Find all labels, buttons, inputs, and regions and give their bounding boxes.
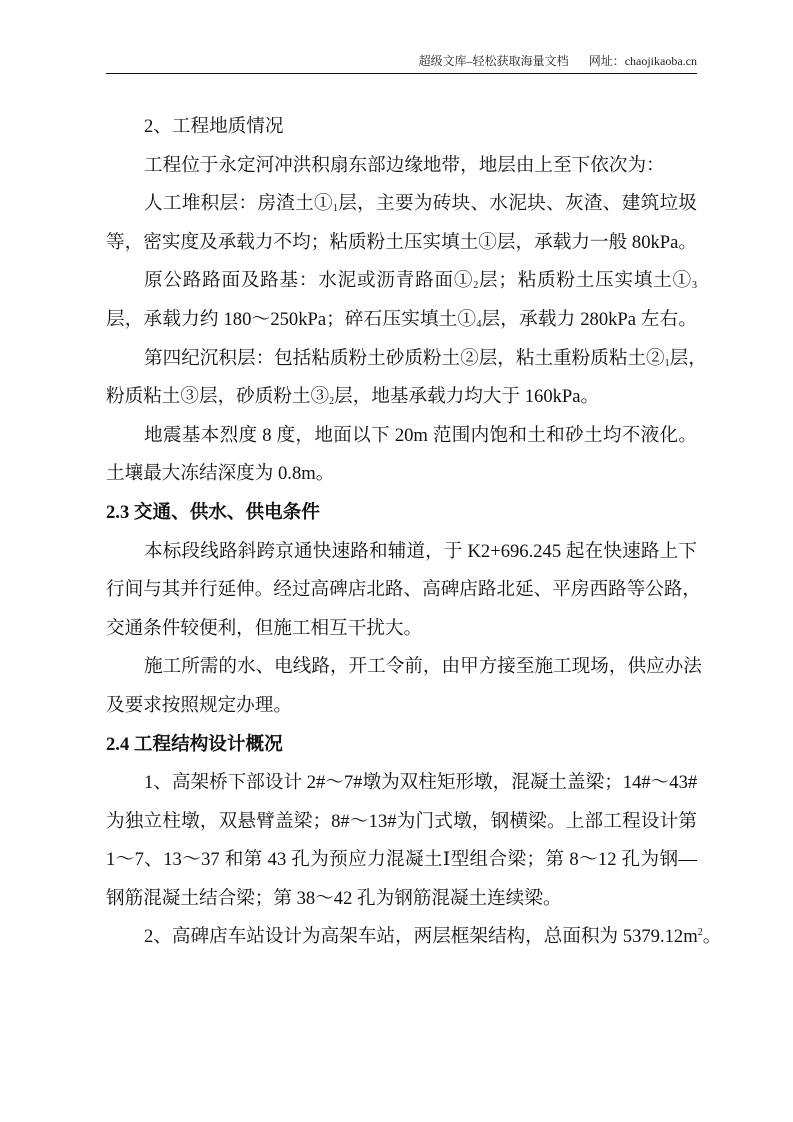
text-run: 及要求按照规定办理。 xyxy=(106,695,292,716)
text-run: 粉质粘土③层，砂质粉土③ xyxy=(106,386,329,407)
utilities-line-2: 及要求按照规定办理。 xyxy=(106,687,697,726)
text-run: 行间与其并行延伸。经过高碑店北路、高碑店路北延、平房西路等公路， xyxy=(106,579,701,600)
text-run: 1、高架桥下部设计 2#～7#墩为双柱矩形墩，混凝土盖梁；14#～43# xyxy=(144,772,697,793)
bridge-line-2: 为独立柱墩，双悬臂盖梁；8#～13#为门式墩，钢横梁。上部工程设计第 xyxy=(106,803,697,842)
header-site-name: 超级文库–轻松获取海量文档 xyxy=(419,54,569,68)
station-line-1: 2、高碑店车站设计为高架车站，两层框架结构，总面积为 5379.12m2。 xyxy=(106,918,697,957)
section-title: 交通、供水、供电条件 xyxy=(134,502,320,523)
bridge-line-4: 钢筋混凝土结合梁；第 38～42 孔为钢筋混凝土连续梁。 xyxy=(106,880,697,919)
section-heading-2-3: 2.3 交通、供水、供电条件 xyxy=(106,494,697,533)
header-rule xyxy=(106,73,697,74)
text-run: 层，承载力约 180～250kPa；碎石压实填土① xyxy=(106,309,476,330)
section-number: 2.4 xyxy=(106,734,129,755)
geology-intro-text: 工程位于永定河冲洪积扇东部边缘地带，地层由上至下依次为： xyxy=(144,155,665,176)
text-run: 第四纪沉积层：包括粘质粉土砂质粉土②层，粘土重粉质粘土② xyxy=(144,348,665,369)
subscript: 3 xyxy=(692,280,697,291)
text-run: 层， xyxy=(670,348,707,369)
text-run: 层，主要为砖块、水泥块、灰渣、建筑垃圾 xyxy=(338,193,697,214)
text-run: 层，地基承载力均大于 160kPa。 xyxy=(334,386,599,407)
text-run: 层，承载力 280kPa 左右。 xyxy=(481,309,697,330)
seismic-line-1: 地震基本烈度 8 度，地面以下 20m 范围内饱和土和砂土均不液化。 xyxy=(106,417,697,456)
traffic-line-2: 行间与其并行延伸。经过高碑店北路、高碑店路北延、平房西路等公路， xyxy=(106,571,697,610)
fill-layer-line-2: 等，密实度及承载力不均；粘质粉土压实填土①层，承载力一般 80kPa。 xyxy=(106,224,697,263)
traffic-line-1: 本标段线路斜跨京通快速路和辅道，于 K2+696.245 起在快速路上下 xyxy=(106,533,697,572)
text-run: 人工堆积层：房渣土① xyxy=(144,193,333,214)
text-run: 2、高碑店车站设计为高架车站，两层框架结构，总面积为 5379.12m xyxy=(144,926,698,947)
text-run: 交通条件较便利，但施工相互干扰大。 xyxy=(106,618,422,639)
quaternary-line-2: 粉质粘土③层，砂质粉土③2层，地基承载力均大于 160kPa。 xyxy=(106,378,697,417)
road-base-line-1: 原公路路面及路基：水泥或沥青路面①2层；粘质粉土压实填土①3 xyxy=(106,262,697,301)
document-body: 2、工程地质情况 工程位于永定河冲洪积扇东部边缘地带，地层由上至下依次为： 人工… xyxy=(106,108,697,957)
traffic-line-3: 交通条件较便利，但施工相互干扰大。 xyxy=(106,610,697,649)
geology-intro: 工程位于永定河冲洪积扇东部边缘地带，地层由上至下依次为： xyxy=(106,147,697,186)
text-run: 等，密实度及承载力不均；粘质粉土压实填土①层，承载力一般 80kPa。 xyxy=(106,232,697,253)
section-title: 工程结构设计概况 xyxy=(134,734,283,755)
text-run: 原公路路面及路基：水泥或沥青路面① xyxy=(144,270,473,291)
bridge-line-1: 1、高架桥下部设计 2#～7#墩为双柱矩形墩，混凝土盖梁；14#～43# xyxy=(106,764,697,803)
text-run: 。 xyxy=(703,926,722,947)
page-header: 超级文库–轻松获取海量文档网址：chaojikaoba.cn xyxy=(106,52,697,74)
text-run: 地震基本烈度 8 度，地面以下 20m 范围内饱和土和砂土均不液化。 xyxy=(144,425,697,446)
seismic-line-2: 土壤最大冻结深度为 0.8m。 xyxy=(106,455,697,494)
header-url: 网址：chaojikaoba.cn xyxy=(589,54,697,68)
text-run: 钢筋混凝土结合梁；第 38～42 孔为钢筋混凝土连续梁。 xyxy=(106,888,562,909)
bridge-line-3: 1～7、13～37 和第 43 孔为预应力混凝土Ⅰ型组合梁；第 8～12 孔为钢… xyxy=(106,841,697,880)
road-base-line-2: 层，承载力约 180～250kPa；碎石压实填土①4层，承载力 280kPa 左… xyxy=(106,301,697,340)
text-run: 1～7、13～37 和第 43 孔为预应力混凝土Ⅰ型组合梁；第 8～12 孔为钢… xyxy=(106,849,697,870)
quaternary-line-1: 第四纪沉积层：包括粘质粉土砂质粉土②层，粘土重粉质粘土②1层， xyxy=(106,340,697,379)
utilities-line-1: 施工所需的水、电线路，开工令前，由甲方接至施工现场，供应办法 xyxy=(106,648,697,687)
text-run: 本标段线路斜跨京通快速路和辅道，于 K2+696.245 起在快速路上下 xyxy=(144,541,697,562)
section-heading-2-4: 2.4 工程结构设计概况 xyxy=(106,726,697,765)
section-number: 2.3 xyxy=(106,502,129,523)
fill-layer-line-1: 人工堆积层：房渣土①1层，主要为砖块、水泥块、灰渣、建筑垃圾 xyxy=(106,185,697,224)
geology-subtitle: 2、工程地质情况 xyxy=(106,108,697,147)
text-run: 施工所需的水、电线路，开工令前，由甲方接至施工现场，供应办法 xyxy=(144,656,702,677)
text-run: 为独立柱墩，双悬臂盖梁；8#～13#为门式墩，钢横梁。上部工程设计第 xyxy=(106,811,697,832)
geology-subtitle-text: 2、工程地质情况 xyxy=(144,116,283,137)
text-run: 土壤最大冻结深度为 0.8m。 xyxy=(106,463,334,484)
document-page: 超级文库–轻松获取海量文档网址：chaojikaoba.cn 2、工程地质情况 … xyxy=(0,0,793,1122)
text-run: 层；粘质粉土压实填土① xyxy=(478,270,692,291)
